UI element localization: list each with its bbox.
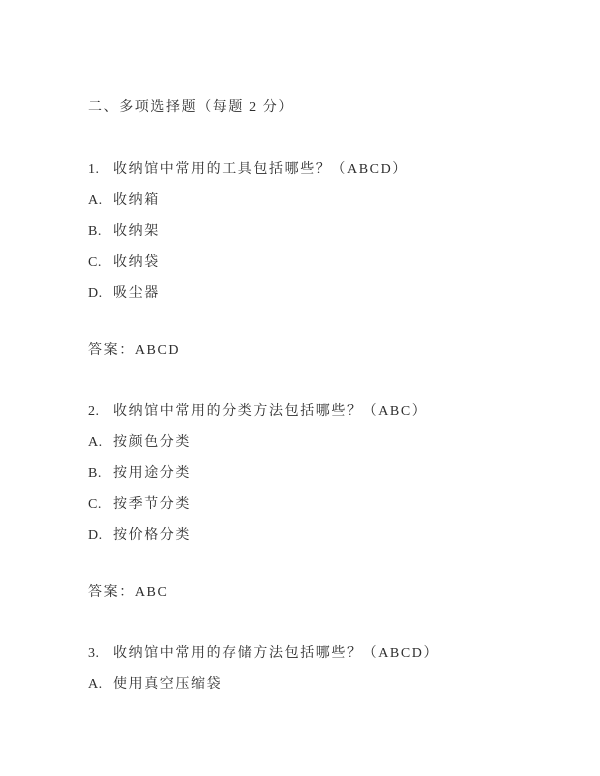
question-3-option-a: A.使用真空压缩袋 (88, 678, 570, 692)
question-2-number: 2. (88, 405, 113, 419)
option-text: 按颜色分类 (113, 435, 191, 450)
question-1-number: 1. (88, 163, 113, 177)
option-label: C. (88, 498, 113, 512)
section-title: 二、多项选择题（每题 2 分） (88, 101, 570, 115)
document-page: { "document": { "section_title": "二、多项选择… (0, 0, 600, 776)
question-1-line: 1.收纳馆中常用的工具包括哪些？（ABCD） (88, 163, 570, 177)
option-text: 按季节分类 (113, 497, 191, 512)
question-2-line: 2.收纳馆中常用的分类方法包括哪些？（ABC） (88, 405, 570, 419)
question-block-3: 3.收纳馆中常用的存储方法包括哪些？（ABCD） A.使用真空压缩袋 (88, 647, 570, 692)
option-text: 收纳箱 (113, 193, 160, 208)
option-text: 收纳袋 (113, 255, 160, 270)
option-label: B. (88, 225, 113, 239)
option-label: D. (88, 529, 113, 543)
question-1-answer-line: 答案：ABCD (88, 344, 570, 358)
answer-value: ABC (135, 585, 169, 600)
option-text: 收纳架 (113, 224, 160, 239)
answer-label: 答案： (88, 343, 135, 358)
question-1-option-a: A.收纳箱 (88, 194, 570, 208)
question-1-option-b: B.收纳架 (88, 225, 570, 239)
question-1-option-d: D.吸尘器 (88, 287, 570, 301)
question-2-option-b: B.按用途分类 (88, 467, 570, 481)
option-text: 吸尘器 (113, 286, 160, 301)
option-label: C. (88, 256, 113, 270)
question-1-option-c: C.收纳袋 (88, 256, 570, 270)
question-2-option-c: C.按季节分类 (88, 498, 570, 512)
question-3-text: 收纳馆中常用的存储方法包括哪些？（ABCD） (113, 646, 439, 661)
option-text: 按价格分类 (113, 528, 191, 543)
option-text: 按用途分类 (113, 466, 191, 481)
exam-document: 二、多项选择题（每题 2 分） 1.收纳馆中常用的工具包括哪些？（ABCD） A… (0, 0, 600, 692)
question-block-2: 2.收纳馆中常用的分类方法包括哪些？（ABC） A.按颜色分类 B.按用途分类 … (88, 405, 570, 600)
answer-value: ABCD (135, 343, 180, 358)
question-2-answer-line: 答案：ABC (88, 586, 570, 600)
question-2-option-a: A.按颜色分类 (88, 436, 570, 450)
option-text: 使用真空压缩袋 (113, 677, 222, 692)
question-3-number: 3. (88, 647, 113, 661)
question-2-option-d: D.按价格分类 (88, 529, 570, 543)
option-label: D. (88, 287, 113, 301)
question-block-1: 1.收纳馆中常用的工具包括哪些？（ABCD） A.收纳箱 B.收纳架 C.收纳袋… (88, 163, 570, 358)
question-2-text: 收纳馆中常用的分类方法包括哪些？（ABC） (113, 404, 427, 419)
question-3-line: 3.收纳馆中常用的存储方法包括哪些？（ABCD） (88, 647, 570, 661)
option-label: B. (88, 467, 113, 481)
option-label: A. (88, 678, 113, 692)
option-label: A. (88, 194, 113, 208)
option-label: A. (88, 436, 113, 450)
question-1-text: 收纳馆中常用的工具包括哪些？（ABCD） (113, 162, 408, 177)
answer-label: 答案： (88, 585, 135, 600)
